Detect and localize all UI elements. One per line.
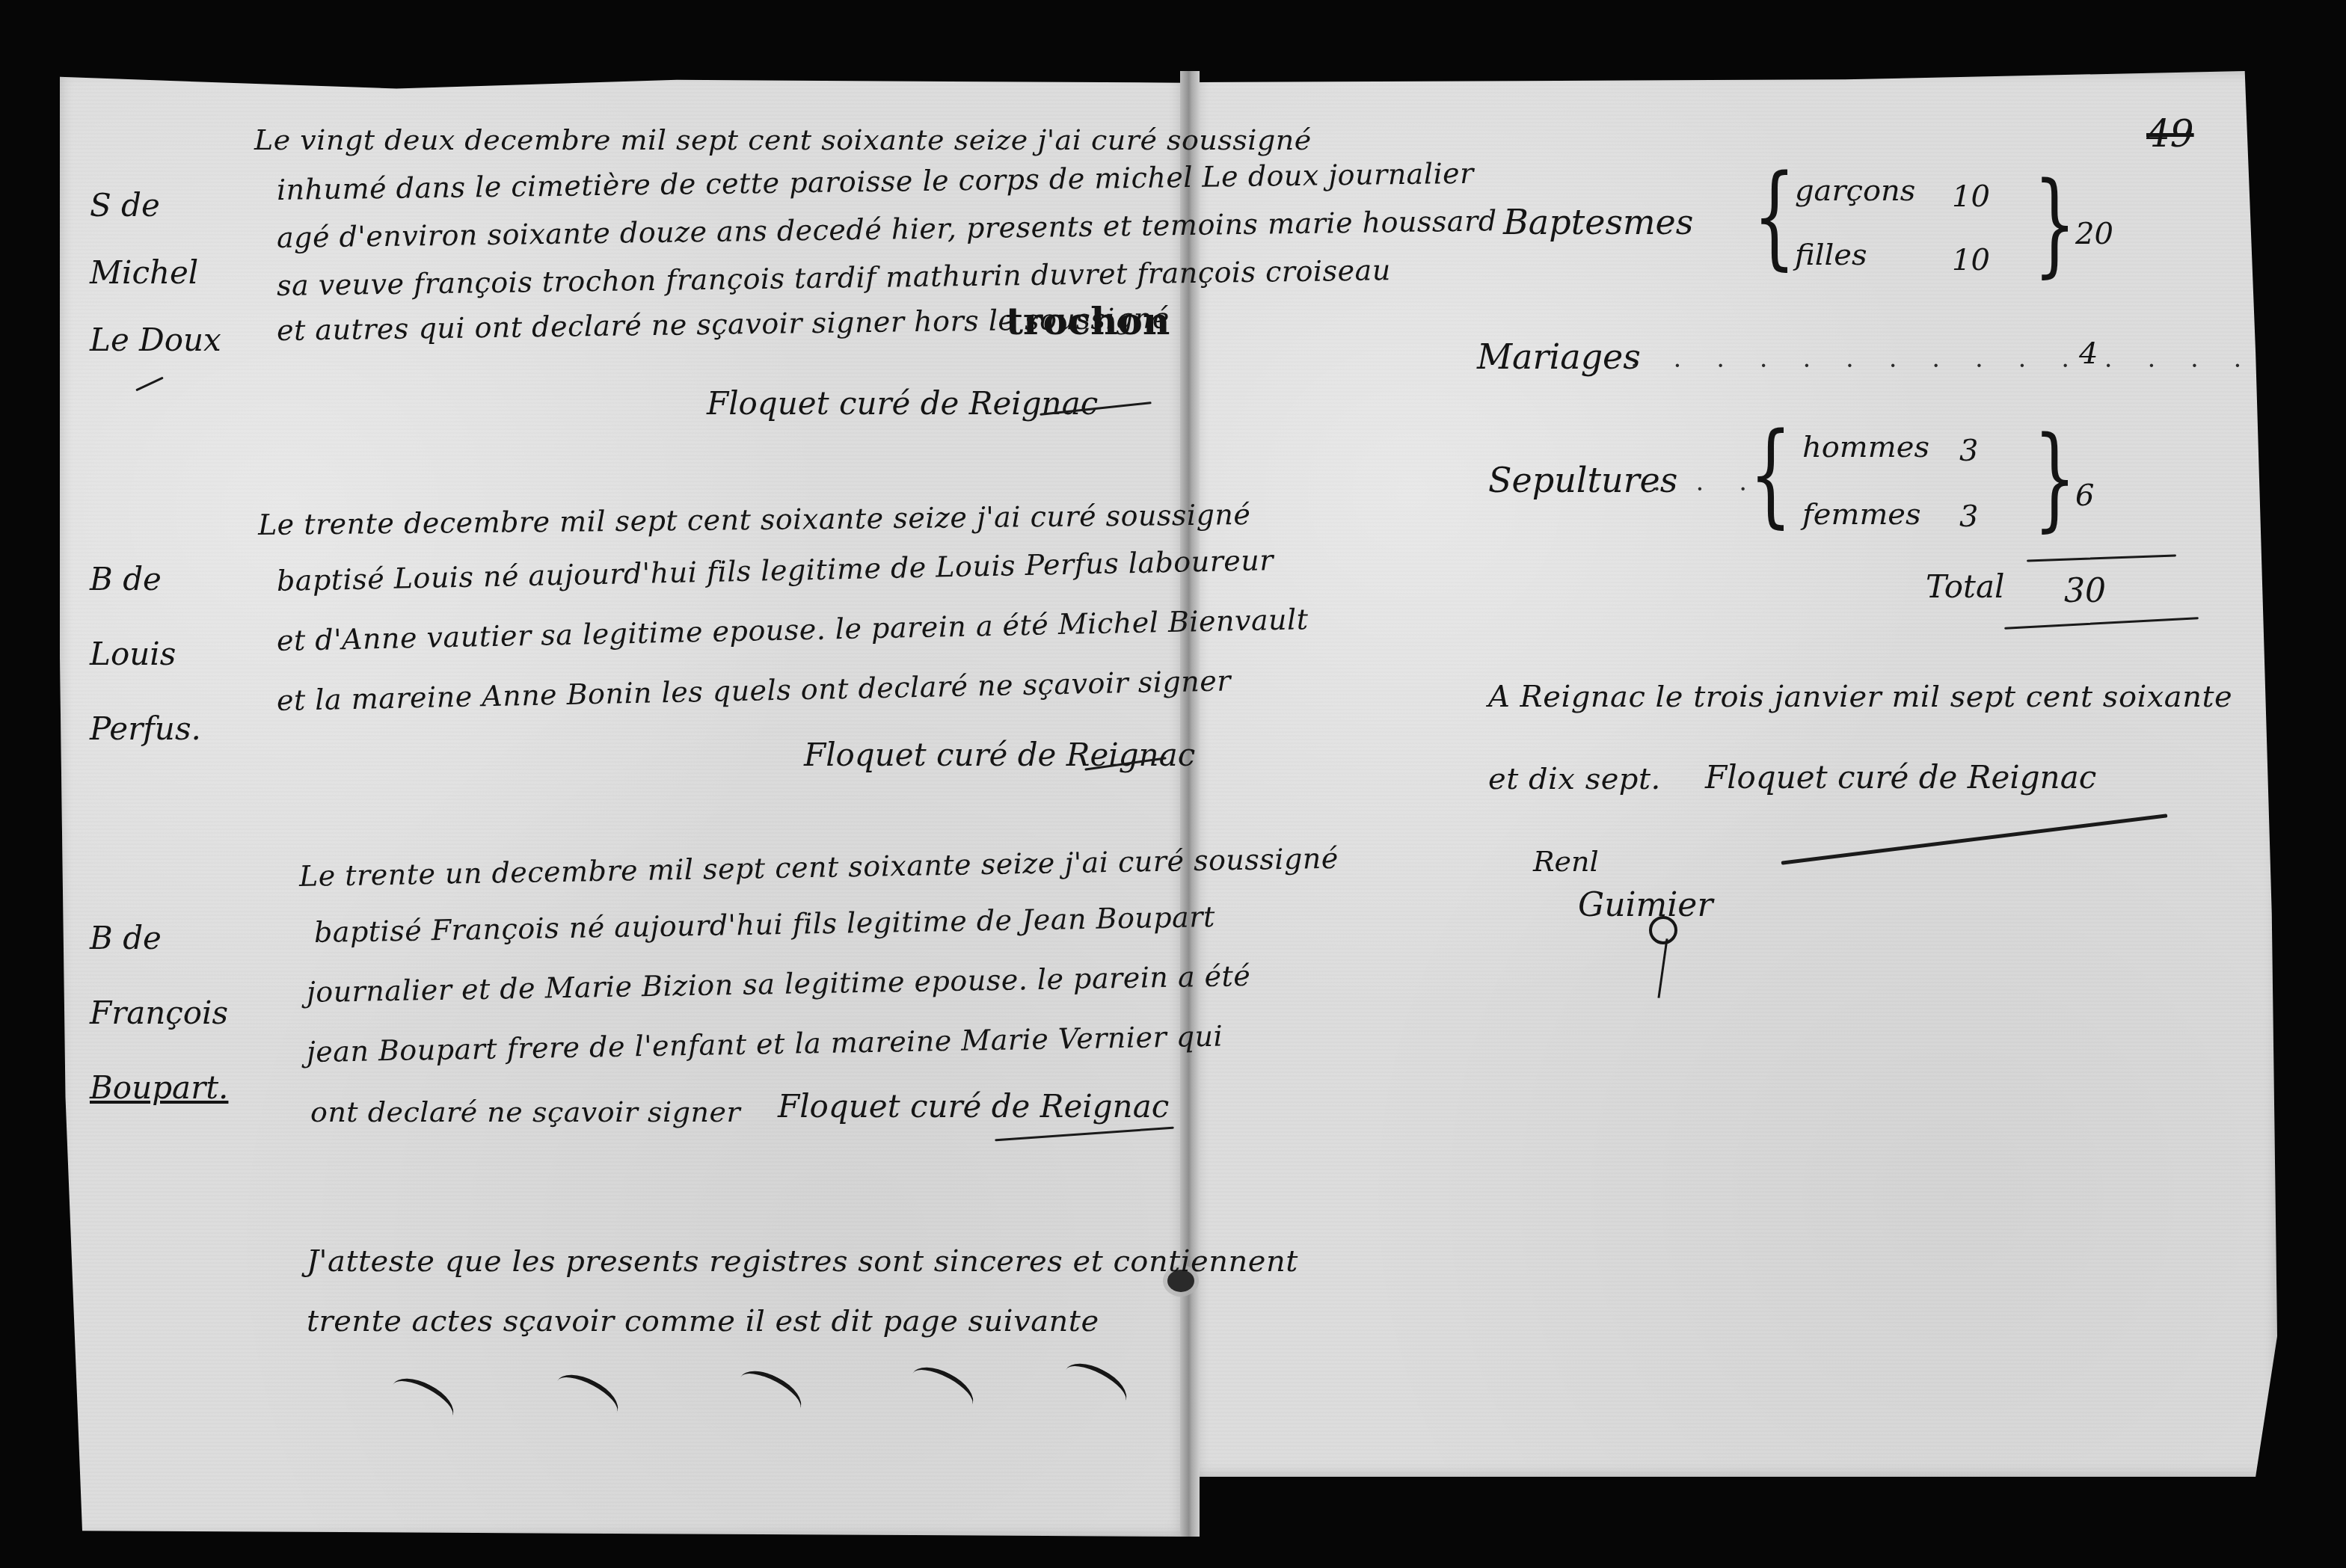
closing-brace: } <box>2033 422 2076 535</box>
witness-signature-trochon: trochon <box>1006 299 1170 343</box>
tally-total-label: Total <box>1926 568 2004 605</box>
closing-line-1: A Reignac le trois janvier mil sept cent… <box>1488 680 2232 713</box>
tally-mariages-value: 4 <box>2079 336 2098 371</box>
validation-mark: Renl <box>1533 845 1599 878</box>
entry-1-line-1: Le vingt deux decembre mil sept cent soi… <box>254 123 1312 156</box>
tally-baptemes-label: Baptesmes <box>1503 202 1693 242</box>
attestation-line-1: J'atteste que les presents registres son… <box>307 1245 1298 1278</box>
priest-signature-entry-3: Floquet curé de Reignac <box>778 1088 1169 1125</box>
binding-gutter <box>1180 71 1200 1537</box>
leader-dots: . . . . . . . . . . . . . . . <box>1630 344 2255 374</box>
tally-baptemes-subtotal: 20 <box>2075 217 2113 251</box>
tally-sepultures-subtotal: 6 <box>2075 479 2094 513</box>
priest-signature-closing: Floquet curé de Reignac <box>1705 759 2096 796</box>
priest-signature-entry-1: Floquet curé de Reignac <box>707 385 1098 422</box>
tally-garcons-value: 10 <box>1952 179 1990 214</box>
validator-signature: Guimier <box>1578 886 1713 924</box>
tally-hommes-value: 3 <box>1959 434 1978 468</box>
tally-filles-label: filles <box>1795 238 1867 272</box>
tally-femmes-value: 3 <box>1959 499 1978 534</box>
leader-dots: . . . <box>1653 467 1760 497</box>
attestation-line-2: trente actes sçavoir comme il est dit pa… <box>307 1305 1099 1338</box>
closing-brace: } <box>2033 168 2076 280</box>
margin-note-entry-3: B de François Boupart. <box>90 912 239 1114</box>
entry-3-line-5: ont declaré ne sçavoir signer <box>310 1095 740 1128</box>
folio-mark: 49 <box>2146 112 2194 156</box>
priest-signature-entry-2: Floquet curé de Reignac <box>804 737 1195 773</box>
tally-total-value: 30 <box>2064 572 2106 610</box>
tally-femmes-label: femmes <box>1802 497 1921 532</box>
paraph-loop <box>1649 916 1677 944</box>
tally-sepultures-label: Sepultures <box>1488 460 1677 500</box>
tally-filles-value: 10 <box>1952 243 1990 277</box>
closing-line-2: et dix sept. <box>1488 763 1661 796</box>
tally-hommes-label: hommes <box>1802 430 1929 464</box>
margin-note-entry-1: S de Michel Le Doux <box>90 179 239 366</box>
margin-note-entry-2: B de Louis Perfus. <box>90 553 239 755</box>
tally-mariages-label: Mariages <box>1477 336 1641 377</box>
opening-brace: { <box>1753 161 1796 273</box>
tally-garcons-label: garçons <box>1795 173 1915 208</box>
opening-brace: { <box>1749 419 1792 531</box>
